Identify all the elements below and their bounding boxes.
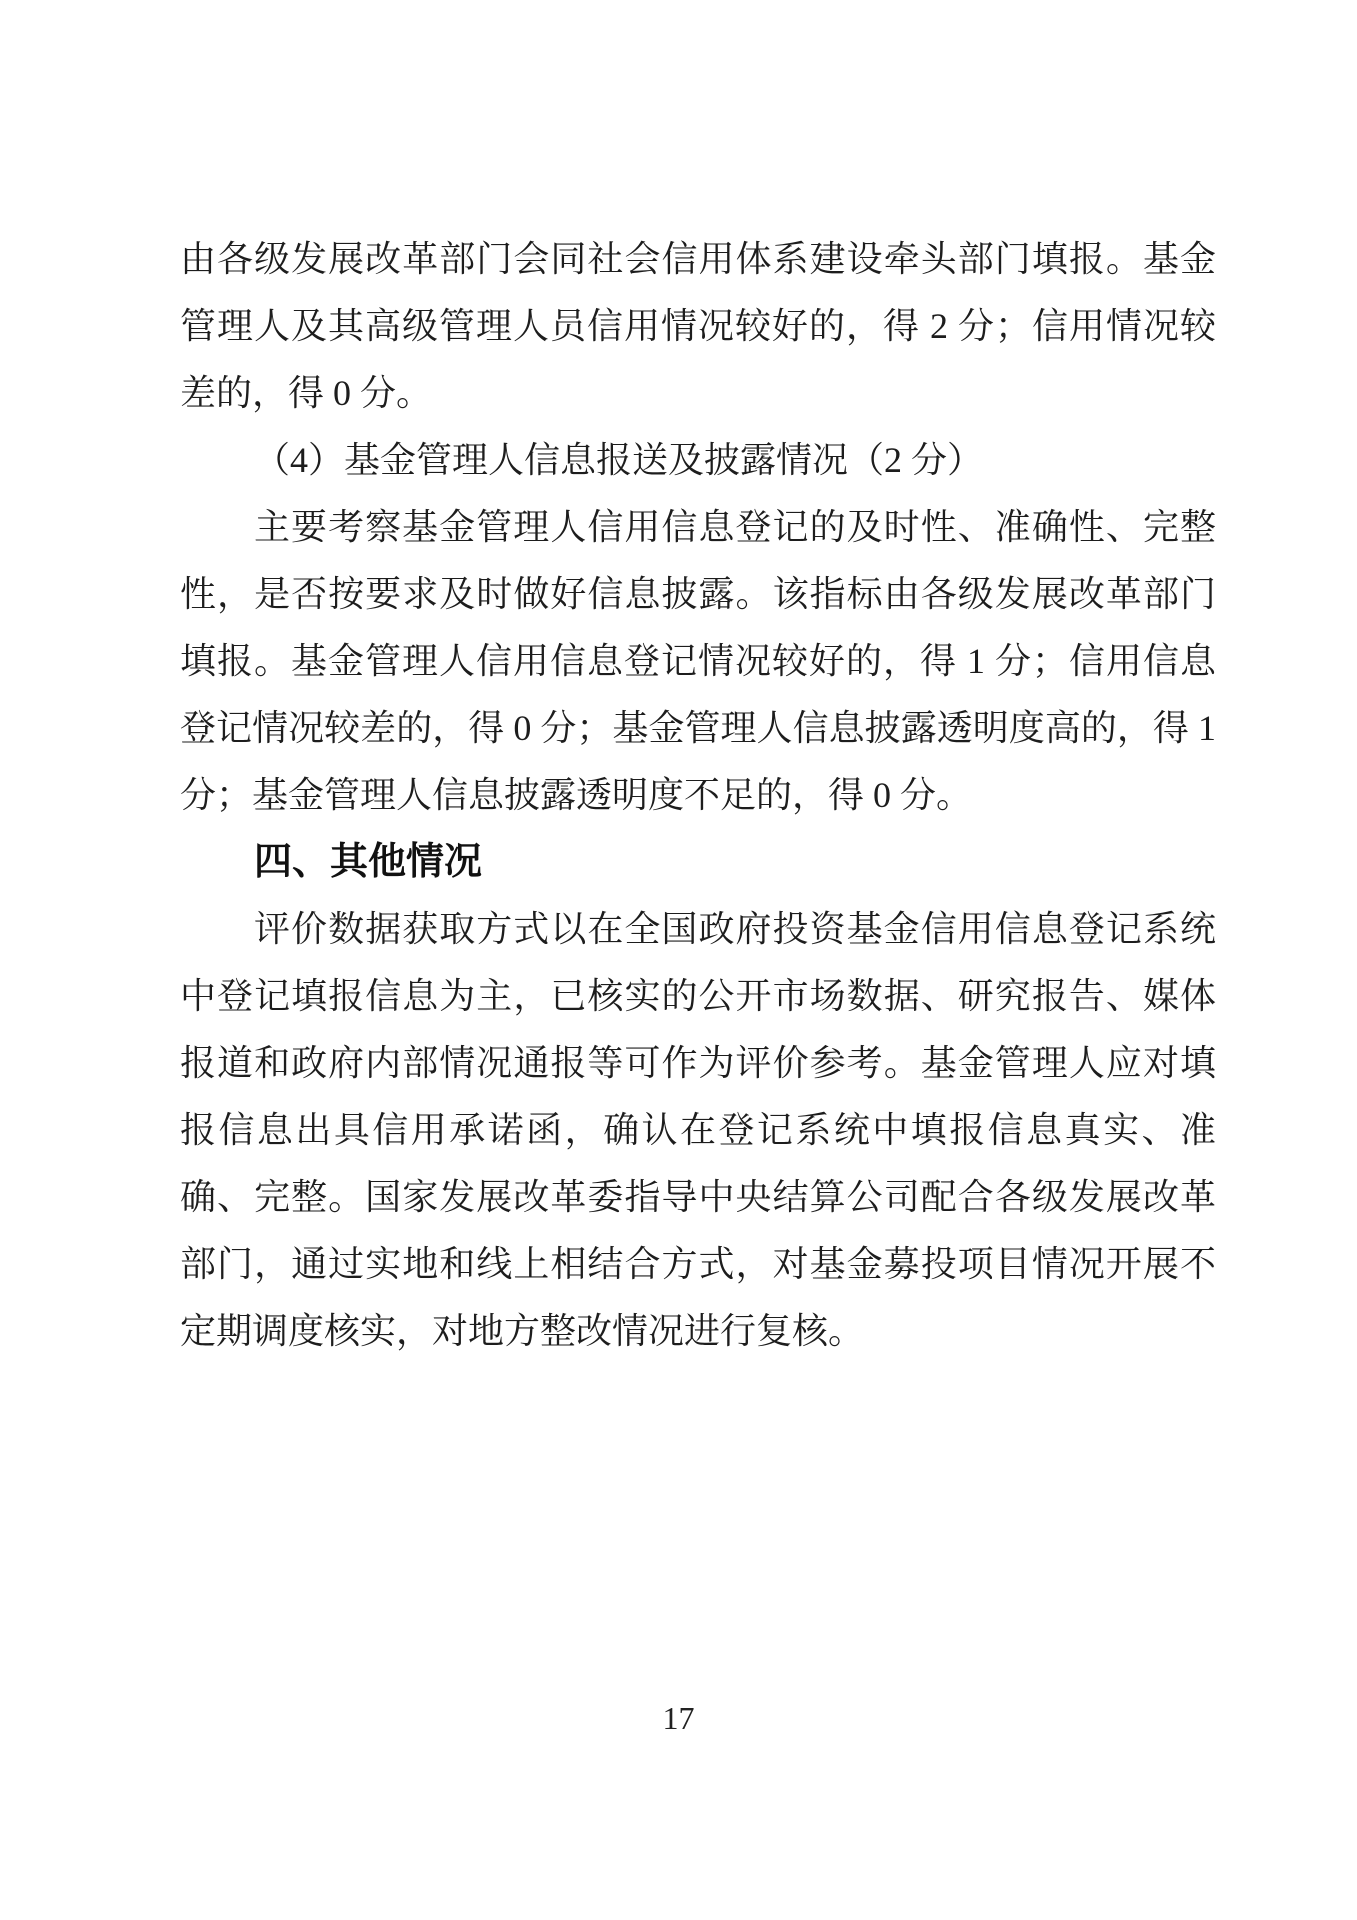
text-line: 评价数据获取方式以在全国政府投资基金信用信息登记系统 <box>180 896 1216 963</box>
page-number: 17 <box>0 1694 1357 1742</box>
text-line: 分；基金管理人信息披露透明度不足的，得 0 分。 <box>180 762 1216 829</box>
text-line: 管理人及其高级管理人员信用情况较好的，得 2 分；信用情况较 <box>180 293 1216 360</box>
text-line: 中登记填报信息为主，已核实的公开市场数据、研究报告、媒体 <box>180 963 1216 1030</box>
text-line: 报信息出具信用承诺函，确认在登记系统中填报信息真实、准 <box>180 1097 1216 1164</box>
text-line: 填报。基金管理人信用信息登记情况较好的，得 1 分；信用信息 <box>180 628 1216 695</box>
text-line: 部门，通过实地和线上相结合方式，对基金募投项目情况开展不 <box>180 1231 1216 1298</box>
text-line: 登记情况较差的，得 0 分；基金管理人信息披露透明度高的，得 1 <box>180 695 1216 762</box>
text-line: 差的，得 0 分。 <box>180 360 1216 427</box>
section-heading: 四、其他情况 <box>180 829 1216 896</box>
page-body-text: 由各级发展改革部门会同社会信用体系建设牵头部门填报。基金 管理人及其高级管理人员… <box>180 226 1216 1365</box>
text-line: 定期调度核实，对地方整改情况进行复核。 <box>180 1298 1216 1365</box>
list-item-4-title: （4）基金管理人信息报送及披露情况（2 分） <box>180 427 1216 494</box>
text-line: 性，是否按要求及时做好信息披露。该指标由各级发展改革部门 <box>180 561 1216 628</box>
text-line: 确、完整。国家发展改革委指导中央结算公司配合各级发展改革 <box>180 1164 1216 1231</box>
text-line: 由各级发展改革部门会同社会信用体系建设牵头部门填报。基金 <box>180 226 1216 293</box>
text-line: 报道和政府内部情况通报等可作为评价参考。基金管理人应对填 <box>180 1030 1216 1097</box>
text-line: 主要考察基金管理人信用信息登记的及时性、准确性、完整 <box>180 494 1216 561</box>
document-page: 由各级发展改革部门会同社会信用体系建设牵头部门填报。基金 管理人及其高级管理人员… <box>0 0 1357 1920</box>
